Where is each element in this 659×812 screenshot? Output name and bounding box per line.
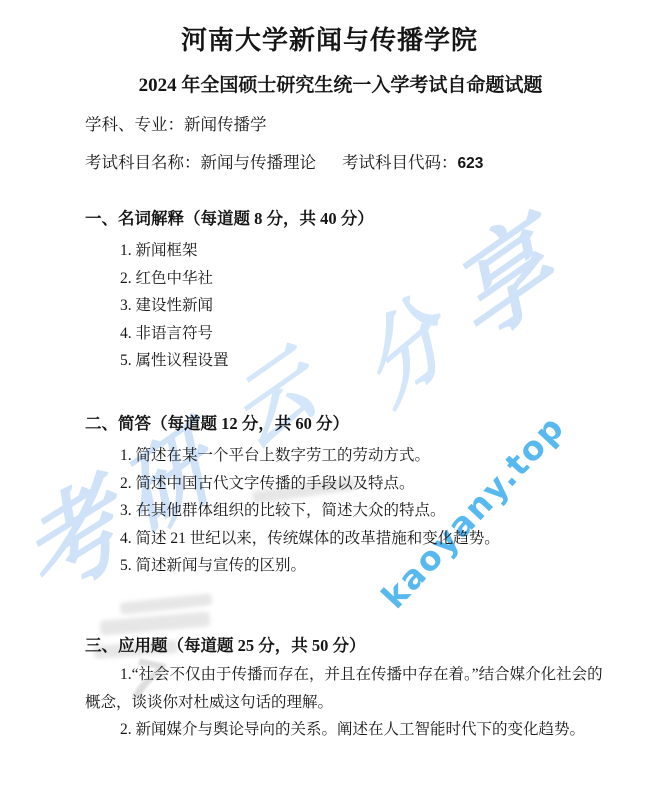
school-title: 河南大学新闻与传播学院 — [0, 20, 659, 57]
subject-line: 考试科目名称：新闻与传播理论考试科目代码：623 — [85, 152, 659, 175]
major-line: 学科、专业：新闻传播学 — [85, 114, 659, 136]
question-item: 1. 新闻框架 — [120, 237, 659, 265]
question-item: 2. 简述中国古代文字传播的手段以及特点。 — [120, 470, 659, 498]
question-item: 5. 属性议程设置 — [120, 347, 659, 375]
section-terms-list: 1. 新闻框架 2. 红色中华社 3. 建设性新闻 4. 非语言符号 5. 属性… — [85, 237, 659, 375]
question-line: 2. 新闻媒介与舆论导向的关系。阐述在人工智能时代下的变化趋势。 — [120, 716, 647, 744]
subject-code-value: 623 — [458, 155, 484, 172]
subject-name-label: 考试科目名称：新闻与传播理论 — [85, 153, 316, 172]
section-short-answer: 二、简答（每道题 12 分，共 60 分） 1. 简述在某一个平台上数字劳工的劳… — [85, 414, 659, 580]
question-item: 1. 简述在某一个平台上数字劳工的劳动方式。 — [120, 442, 659, 470]
question-item: 5. 简述新闻与宣传的区别。 — [120, 552, 659, 580]
exam-paper-page: 考 研 云 分 享 kaoyany.top 7 河南大学新闻与传播学院 2024… — [0, 0, 659, 812]
section-application-body: 1.“社会不仅由于传播而存在，并且在传播中存在着。”结合媒介化社会的 概念，谈谈… — [85, 661, 659, 744]
section-short-answer-list: 1. 简述在某一个平台上数字劳工的劳动方式。 2. 简述中国古代文字传播的手段以… — [85, 442, 659, 580]
exam-subtitle: 2024 年全国硕士研究生统一入学考试自命题试题 — [0, 70, 659, 97]
question-item: 3. 建设性新闻 — [120, 292, 659, 320]
section-short-answer-heading: 二、简答（每道题 12 分，共 60 分） — [85, 414, 659, 434]
subject-code-label: 考试科目代码： — [342, 153, 458, 172]
section-application: 三、应用题（每道题 25 分，共 50 分） 1.“社会不仅由于传播而存在，并且… — [85, 636, 659, 744]
document-content: 河南大学新闻与传播学院 2024 年全国硕士研究生统一入学考试自命题试题 学科、… — [0, 20, 659, 744]
question-item: 4. 简述 21 世纪以来，传统媒体的改革措施和变化趋势。 — [120, 525, 659, 553]
question-line: 1.“社会不仅由于传播而存在，并且在传播中存在着。”结合媒介化社会的 — [120, 661, 647, 689]
question-item: 4. 非语言符号 — [120, 320, 659, 348]
section-terms-heading: 一、名词解释（每道题 8 分，共 40 分） — [85, 209, 659, 229]
question-item: 2. 红色中华社 — [120, 265, 659, 293]
section-application-heading: 三、应用题（每道题 25 分，共 50 分） — [85, 636, 659, 656]
question-line: 概念，谈谈你对杜威这句话的理解。 — [85, 689, 647, 717]
section-terms: 一、名词解释（每道题 8 分，共 40 分） 1. 新闻框架 2. 红色中华社 … — [85, 209, 659, 375]
question-item: 3. 在其他群体组织的比较下，简述大众的特点。 — [120, 497, 659, 525]
